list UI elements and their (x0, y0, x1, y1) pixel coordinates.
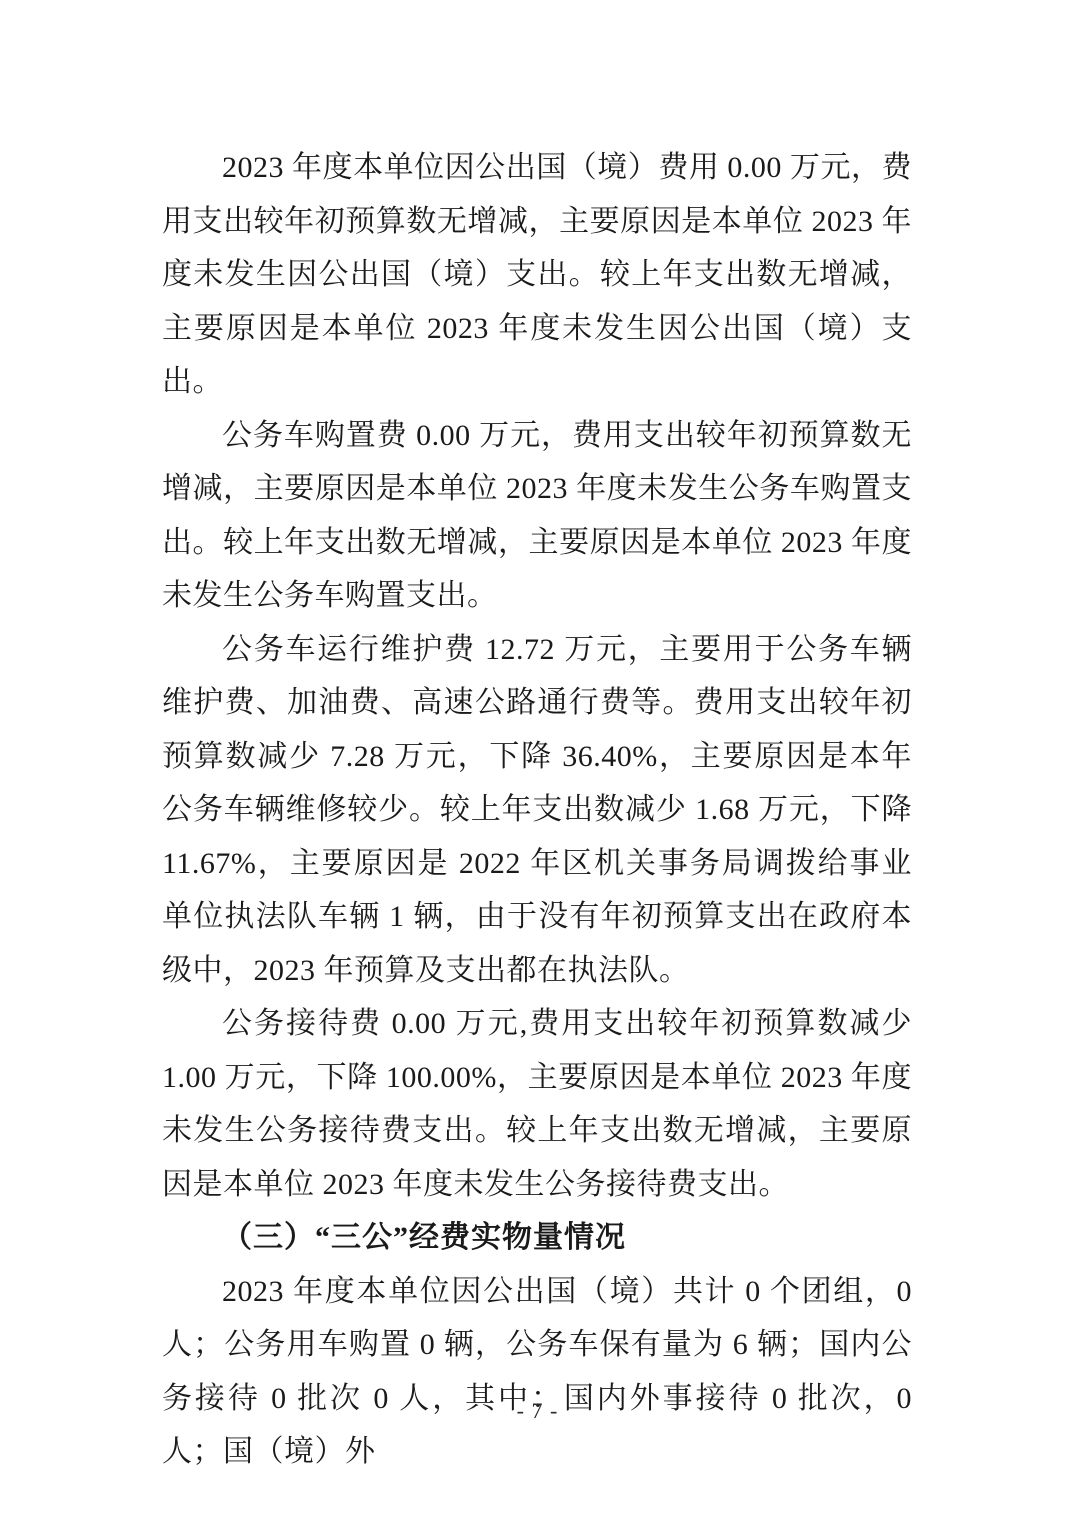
document-body: 2023 年度本单位因公出国（境）费用 0.00 万元，费用支出较年初预算数无增… (162, 141, 912, 1479)
body-paragraph: 公务车购置费 0.00 万元，费用支出较年初预算数无增减，主要原因是本单位 20… (162, 409, 912, 623)
section-heading: （三）“三公”经费实物量情况 (162, 1211, 912, 1265)
body-paragraph: 公务车运行维护费 12.72 万元，主要用于公务车辆维护费、加油费、高速公路通行… (162, 623, 912, 998)
document-page: 2023 年度本单位因公出国（境）费用 0.00 万元，费用支出较年初预算数无增… (0, 0, 1075, 1520)
page-number-footer: - 7 - (0, 1398, 1075, 1424)
body-paragraph: 2023 年度本单位因公出国（境）共计 0 个团组，0 人；公务用车购置 0 辆… (162, 1265, 912, 1479)
body-paragraph: 2023 年度本单位因公出国（境）费用 0.00 万元，费用支出较年初预算数无增… (162, 141, 912, 409)
body-paragraph: 公务接待费 0.00 万元,费用支出较年初预算数减少 1.00 万元，下降 10… (162, 997, 912, 1211)
